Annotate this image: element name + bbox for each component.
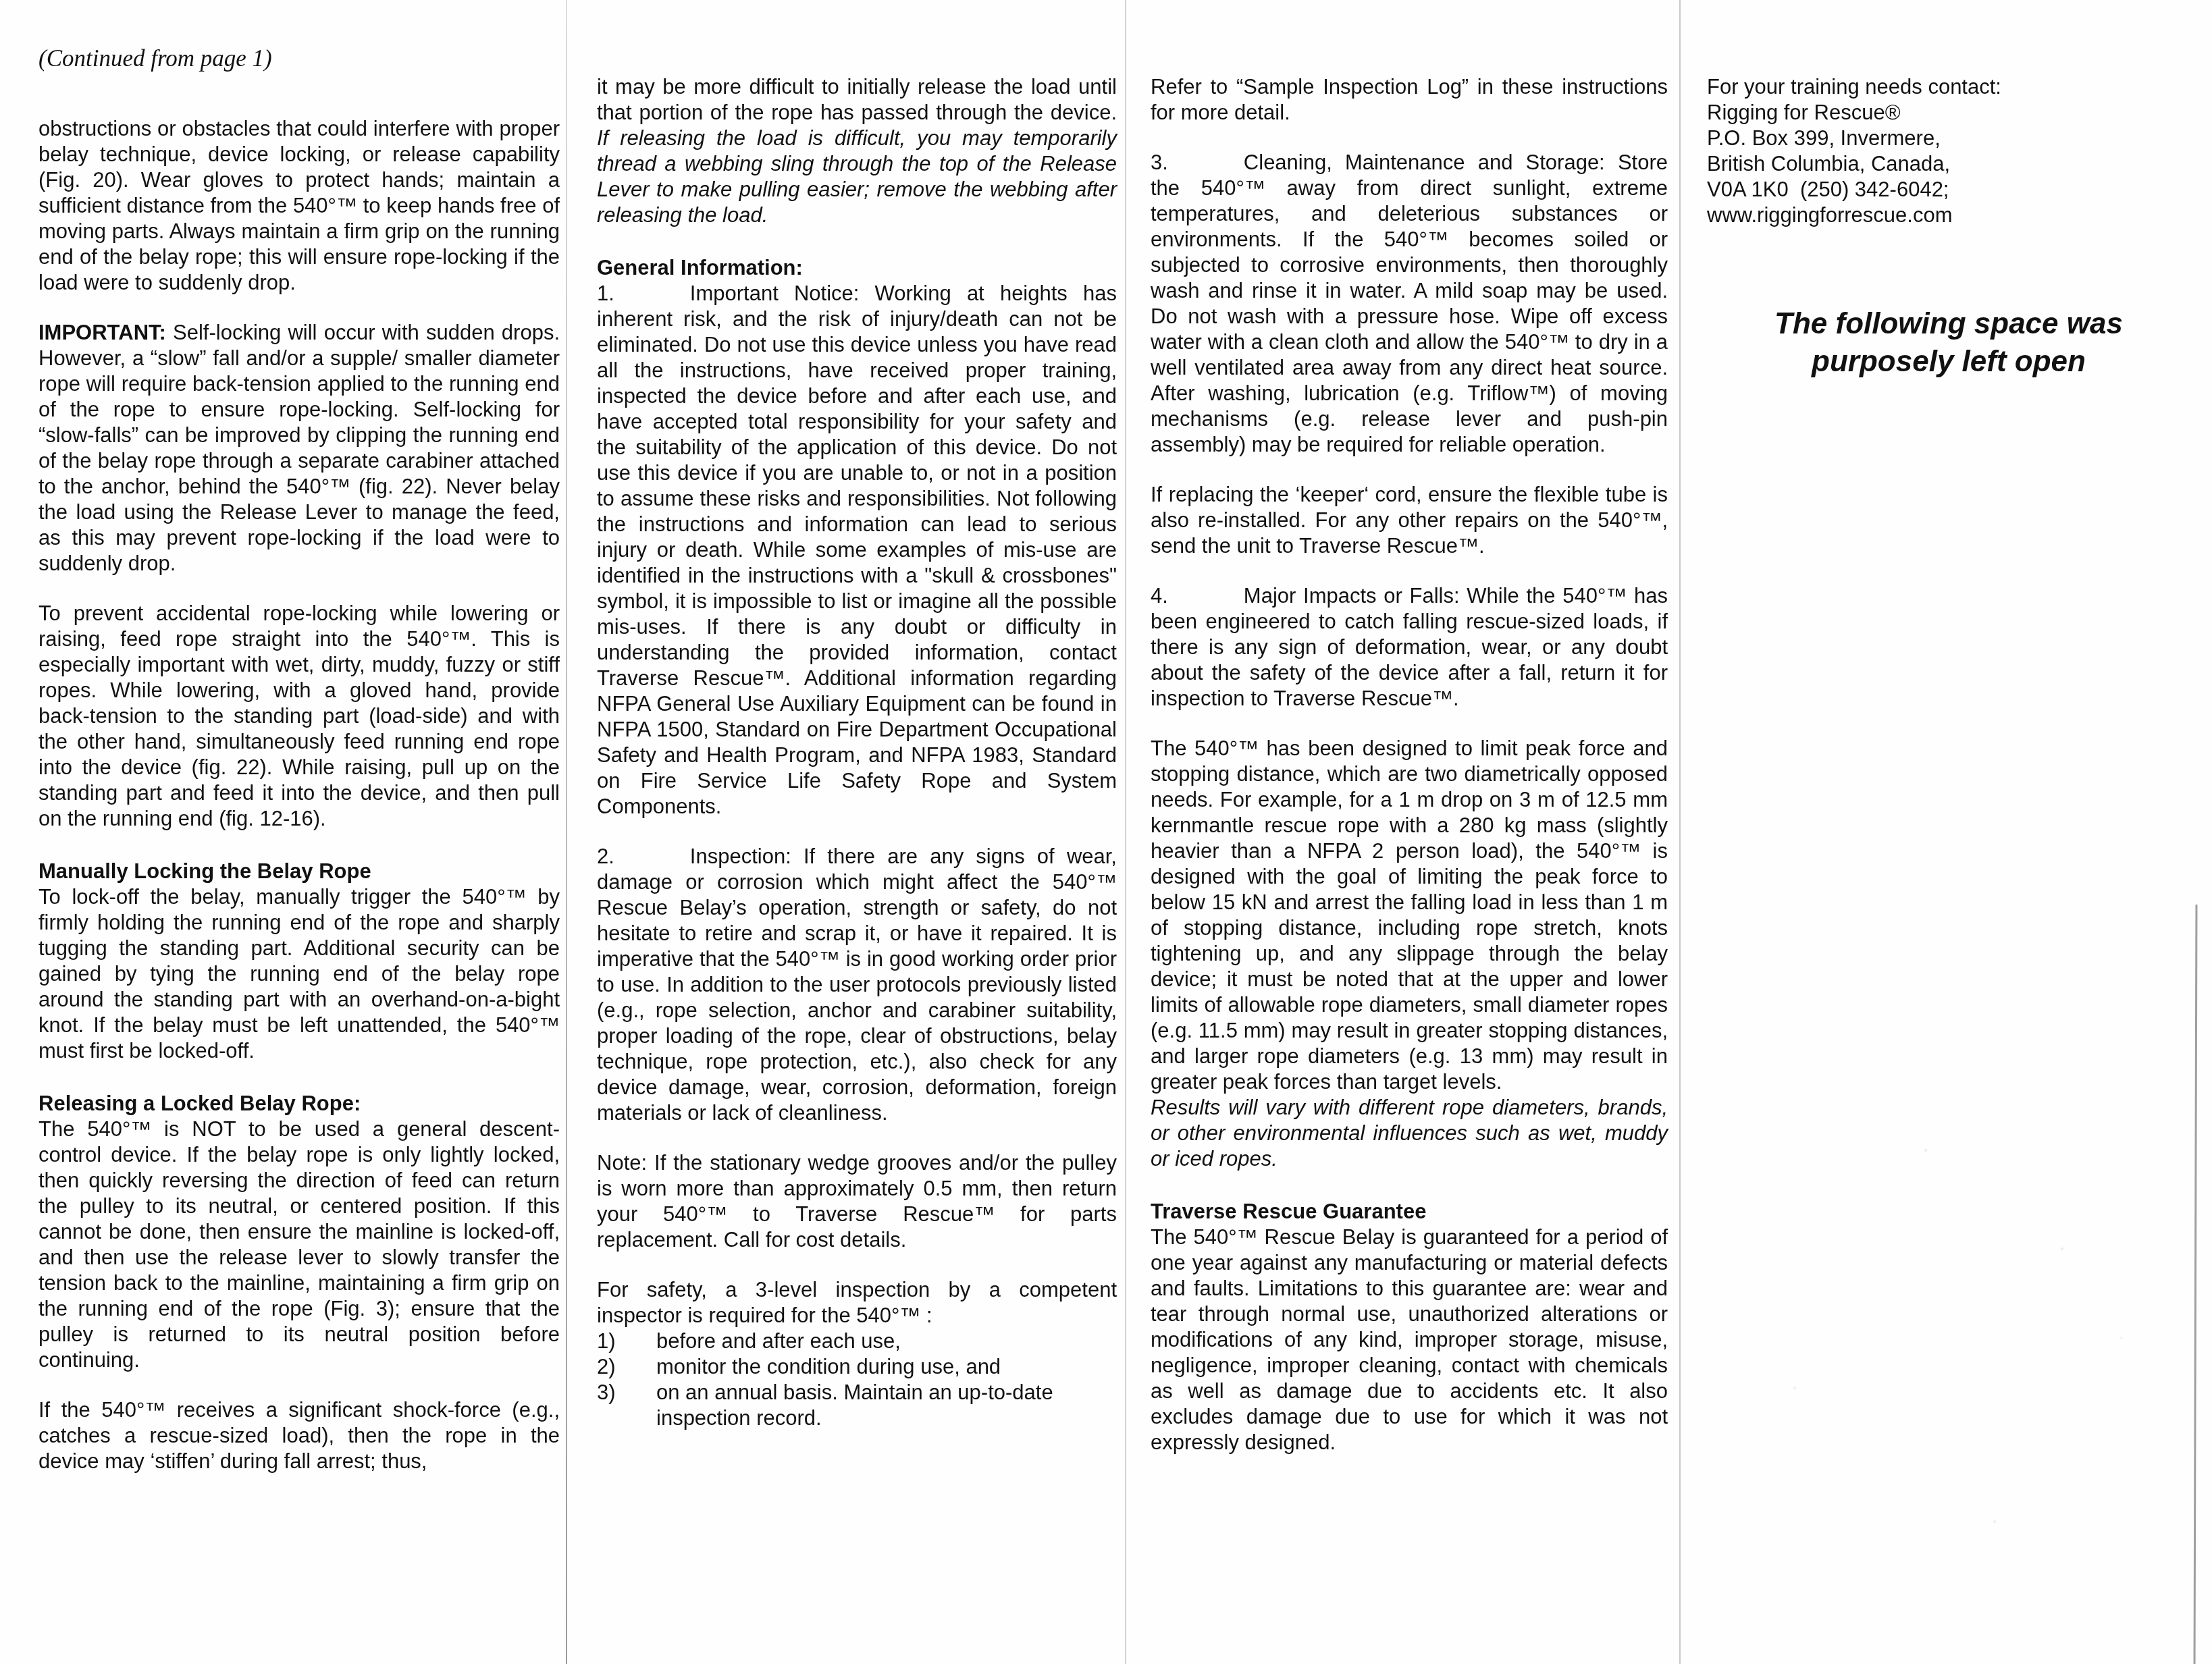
para-shock-force: If the 540°™ receives a significant shoc… — [38, 1397, 560, 1474]
text-segment: Cleaning, Maintenance and Storage: Store… — [1151, 151, 1668, 456]
space-left-open-note: The following space was purposely left o… — [1707, 305, 2190, 381]
para-major-impacts: 4.Major Impacts or Falls: While the 540°… — [1151, 583, 1668, 712]
text-segment: Results will vary with different rope di… — [1151, 1096, 1668, 1171]
scan-noise — [0, 0, 3, 3]
contact-line: P.O. Box 399, Invermere, — [1707, 126, 2190, 151]
continued-note: (Continued from page 1) — [38, 46, 560, 72]
para-guarantee: The 540°™ Rescue Belay is guaranteed for… — [1151, 1225, 1668, 1455]
list-item-text: monitor the condition during use, and — [656, 1354, 1117, 1380]
text-segment: If replacing the ‘keeper‘ cord, ensure t… — [1151, 483, 1668, 558]
list-item-text: on an annual basis. Maintain an up-to-da… — [656, 1380, 1117, 1431]
heading-general-information: General Information: — [597, 255, 1117, 281]
para-manual-lockoff: To lock-off the belay, manually trigger … — [38, 884, 560, 1064]
para-inspection: 2.Inspection: If there are any signs of … — [597, 844, 1117, 1126]
text-segment: Important Notice: Working at heights has… — [597, 281, 1117, 818]
text-segment: Manually Locking the Belay Rope — [38, 859, 371, 883]
fold-line-1 — [566, 0, 567, 1664]
text-segment: The following space was purposely left o… — [1774, 307, 2123, 378]
text-segment: Self-locking will occur with sudden drop… — [38, 321, 560, 575]
list-item-text: before and after each use, — [656, 1328, 1117, 1354]
text-segment: 4. — [1151, 584, 1168, 608]
text-segment: Major Impacts or Falls: While the 540°™ … — [1151, 584, 1668, 710]
text-segment: The 540°™ is NOT to be used a general de… — [38, 1117, 560, 1372]
heading-guarantee: Traverse Rescue Guarantee — [1151, 1199, 1668, 1225]
heading-manually-locking: Manually Locking the Belay Rope — [38, 859, 560, 884]
list-inspection-levels: 1)before and after each use,2)monitor th… — [597, 1328, 1117, 1431]
text-segment: 1. — [597, 281, 614, 305]
text-segment: The 540°™ Rescue Belay is guaranteed for… — [1151, 1225, 1668, 1454]
para-refer-log: Refer to “Sample Inspection Log” in thes… — [1151, 74, 1668, 126]
text-segment: Releasing a Locked Belay Rope: — [38, 1092, 361, 1115]
text-segment: obstructions or obstacles that could int… — [38, 117, 560, 294]
para-cleaning-storage: 3.Cleaning, Maintenance and Storage: Sto… — [1151, 150, 1668, 458]
text-segment: If the 540°™ receives a significant shoc… — [38, 1398, 560, 1473]
text-segment: (Continued from page 1) — [38, 45, 272, 72]
contact-line: British Columbia, Canada, — [1707, 151, 2190, 177]
text-segment: Inspection: If there are any signs of we… — [597, 844, 1117, 1125]
para-important-notice: 1.Important Notice: Working at heights h… — [597, 281, 1117, 820]
para-inspection-levels: For safety, a 3-level inspection by a co… — [597, 1277, 1117, 1328]
para-releasing: The 540°™ is NOT to be used a general de… — [38, 1117, 560, 1373]
contact-line: For your training needs contact: — [1707, 74, 2190, 100]
heading-releasing-locked: Releasing a Locked Belay Rope: — [38, 1091, 560, 1117]
contact-line: www.riggingforrescue.com — [1707, 203, 2190, 228]
para-peak-force: The 540°™ has been designed to limit pea… — [1151, 736, 1668, 1095]
para-keeper-cord: If replacing the ‘keeper‘ cord, ensure t… — [1151, 482, 1668, 559]
text-segment: it may be more difficult to initially re… — [597, 75, 1117, 124]
list-item: 2)monitor the condition during use, and — [597, 1354, 1117, 1380]
list-item-number: 3) — [597, 1380, 656, 1431]
text-segment: General Information: — [597, 256, 803, 279]
text-segment: Refer to “Sample Inspection Log” in thes… — [1151, 75, 1668, 124]
text-segment: Traverse Rescue Guarantee — [1151, 1200, 1426, 1223]
text-segment: For safety, a 3-level inspection by a co… — [597, 1278, 1117, 1327]
text-segment: 2. — [597, 844, 614, 868]
manual-page: (Continued from page 1)obstructions or o… — [0, 0, 2212, 1664]
para-prevent-accidental-locking: To prevent accidental rope-locking while… — [38, 601, 560, 832]
list-item: 1)before and after each use, — [597, 1328, 1117, 1354]
para-results-vary: Results will vary with different rope di… — [1151, 1095, 1668, 1172]
text-segment: 3. — [1151, 151, 1168, 174]
text-segment: To prevent accidental rope-locking while… — [38, 601, 560, 830]
text-segment: The 540°™ has been designed to limit pea… — [1151, 736, 1668, 1094]
para-release-difficulty: it may be more difficult to initially re… — [597, 74, 1117, 228]
para-wedge-note: Note: If the stationary wedge grooves an… — [597, 1150, 1117, 1253]
text-segment: IMPORTANT: — [38, 321, 173, 344]
text-column-4: For your training needs contact:Rigging … — [1707, 0, 2190, 1664]
para-important: IMPORTANT: Self-locking will occur with … — [38, 320, 560, 576]
fold-line-2 — [1125, 0, 1126, 1664]
list-item-number: 1) — [597, 1328, 656, 1354]
text-column-3: Refer to “Sample Inspection Log” in thes… — [1151, 0, 1668, 1664]
scan-edge-artifact — [2194, 905, 2198, 1664]
fold-line-3 — [1679, 0, 1681, 1664]
contact-line: V0A 1K0 (250) 342-6042; — [1707, 177, 2190, 203]
para-obstructions: obstructions or obstacles that could int… — [38, 116, 560, 296]
list-item: 3)on an annual basis. Maintain an up-to-… — [597, 1380, 1117, 1431]
contact-block: For your training needs contact:Rigging … — [1707, 74, 2190, 228]
list-item-number: 2) — [597, 1354, 656, 1380]
text-segment: To lock-off the belay, manually trigger … — [38, 885, 560, 1063]
contact-line: Rigging for Rescue® — [1707, 100, 2190, 126]
text-column-1: (Continued from page 1)obstructions or o… — [38, 0, 560, 1664]
text-segment: If releasing the load is difficult, you … — [597, 126, 1117, 227]
text-segment: Note: If the stationary wedge grooves an… — [597, 1151, 1117, 1252]
text-column-2: it may be more difficult to initially re… — [597, 0, 1117, 1664]
